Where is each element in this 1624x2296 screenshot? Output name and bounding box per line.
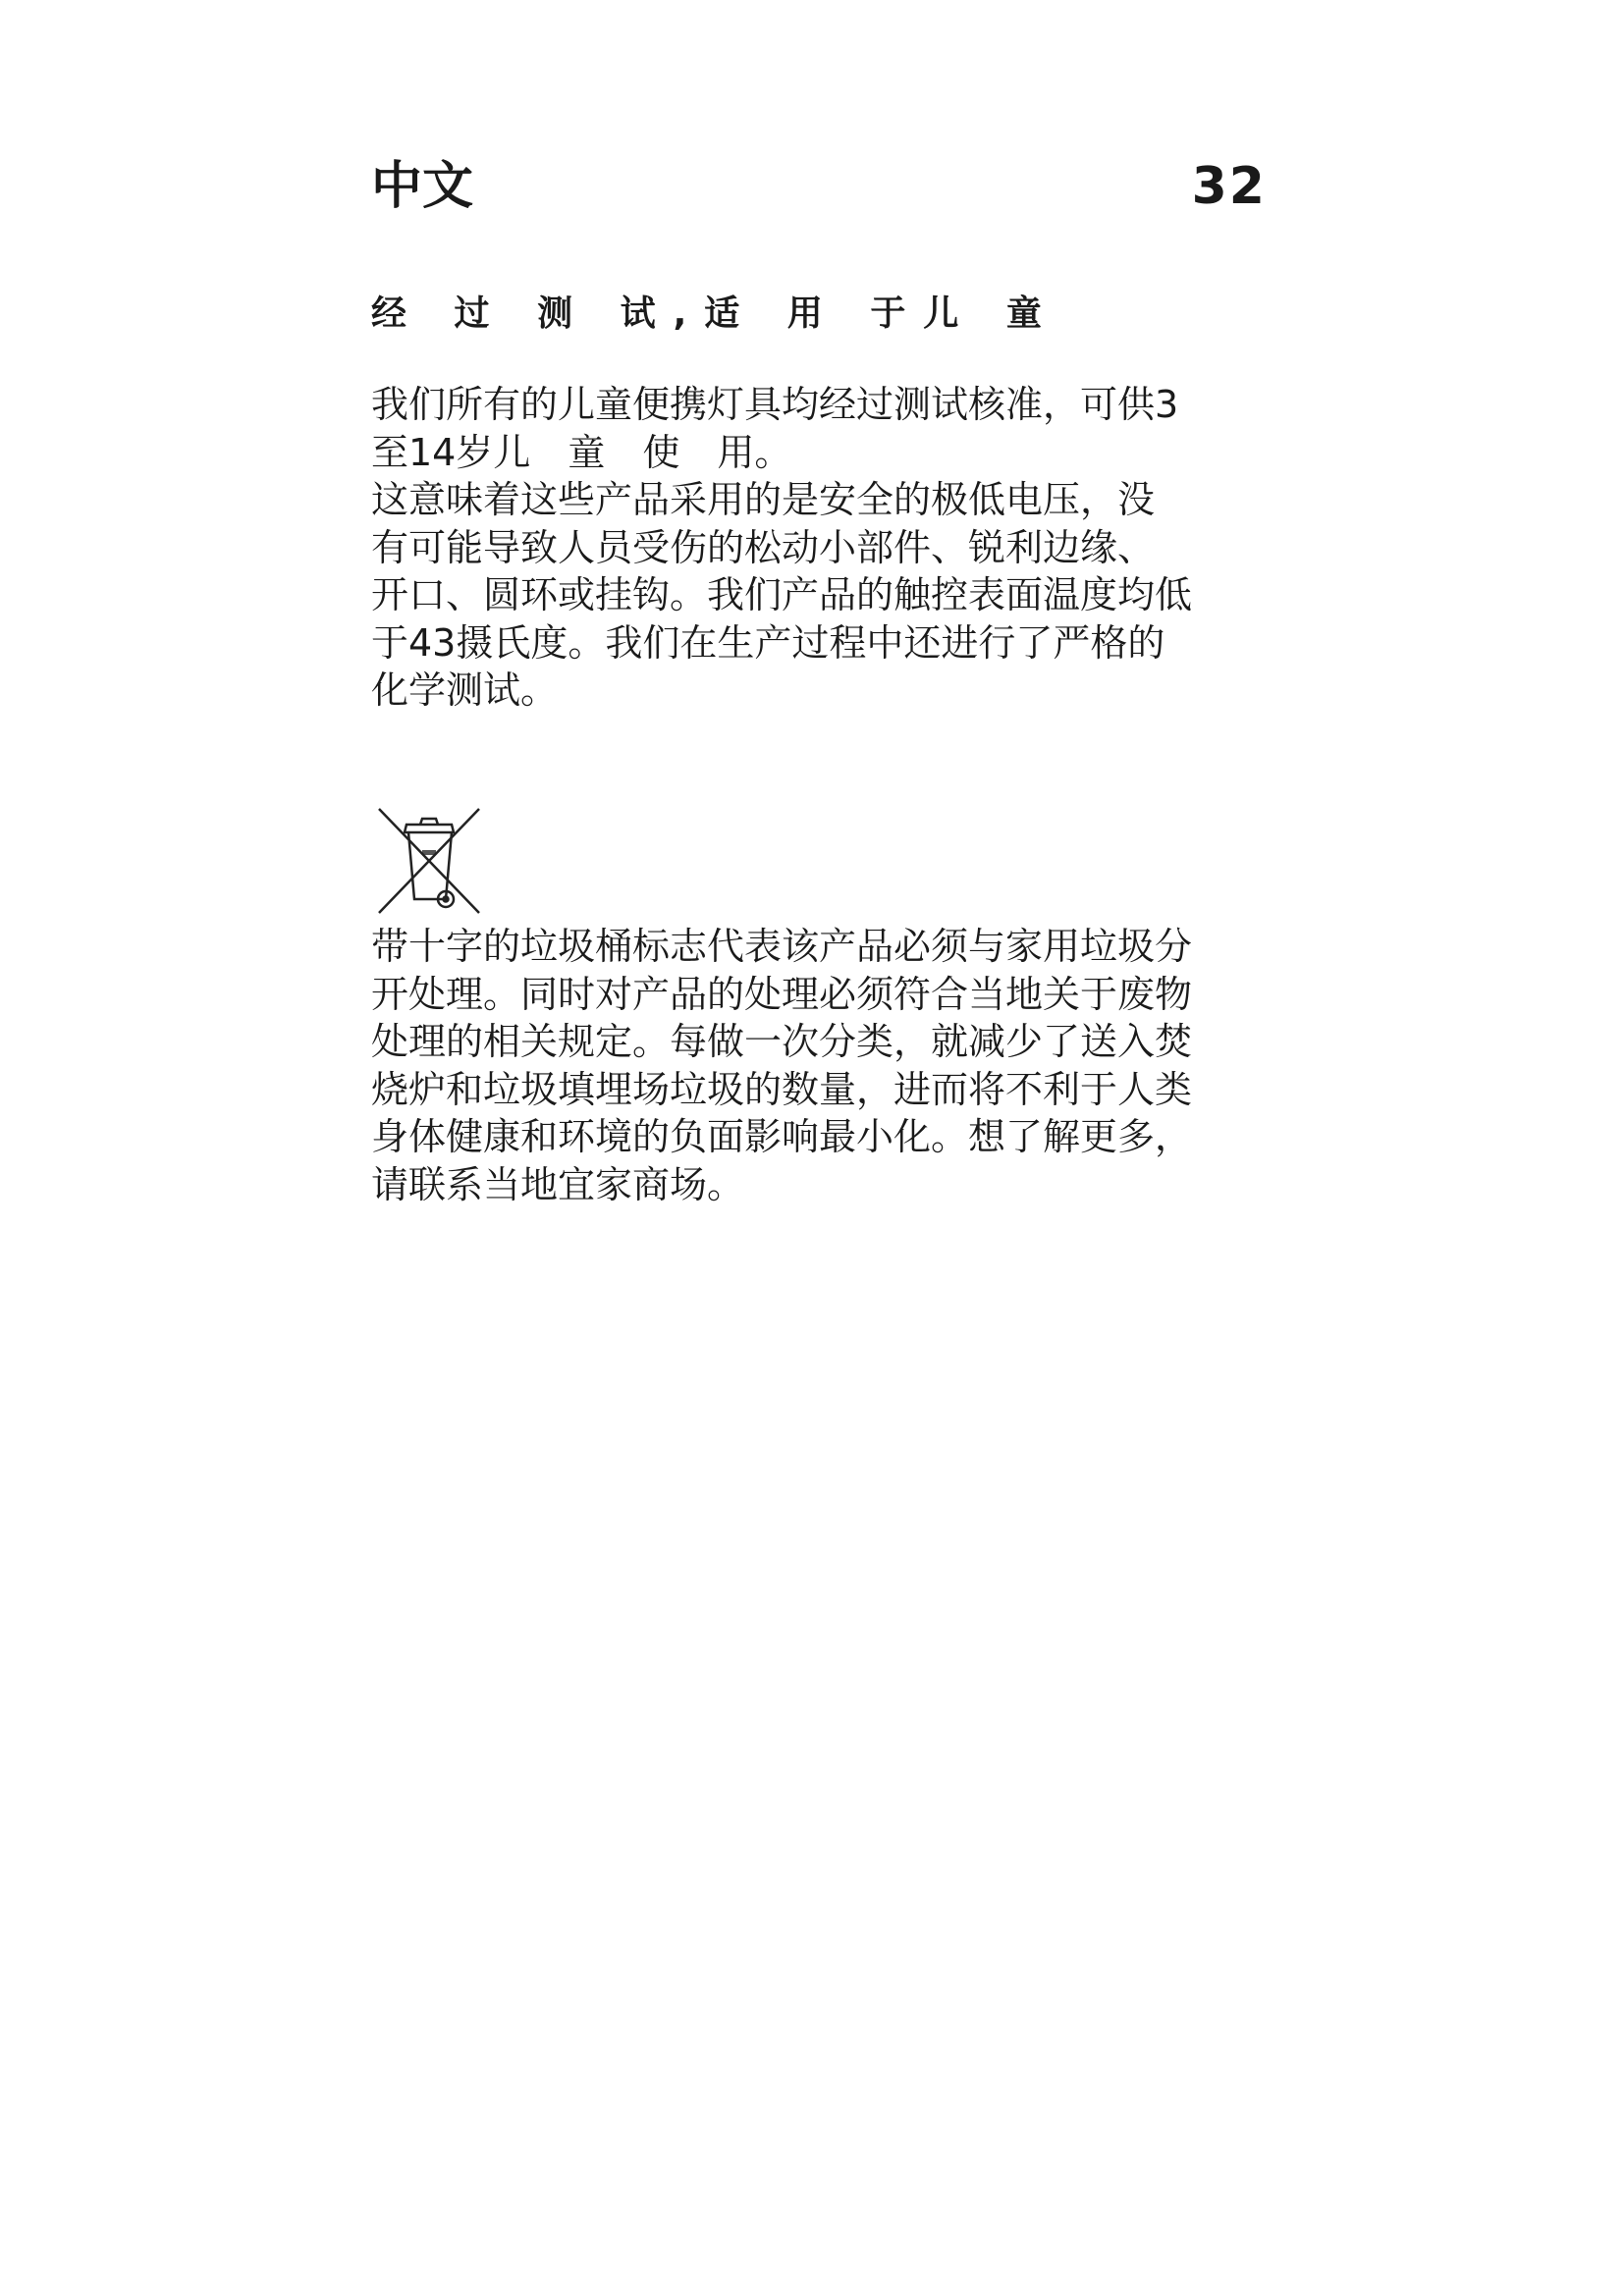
text-line: 请联系当地宜家商场。 xyxy=(371,1161,1284,1209)
text-line: 开口、圆环或挂钩。我们产品的触控表面温度均低 xyxy=(371,571,1284,619)
text-line: 烧炉和垃圾填埋场垃圾的数量，进而将不利于人类 xyxy=(371,1066,1284,1114)
text-line: 化学测试。 xyxy=(371,667,1284,715)
text-line: 至14岁儿 童 使 用。 xyxy=(371,429,1284,477)
text-line: 开处理。同时对产品的处理必须符合当地关于废物 xyxy=(371,971,1284,1019)
text-line: 身体健康和环境的负面影响最小化。想了解更多， xyxy=(371,1113,1284,1161)
disposal-paragraph: 带十字的垃圾桶标志代表该产品必须与家用垃圾分 开处理。同时对产品的处理必须符合当… xyxy=(371,923,1284,1208)
text-line: 带十字的垃圾桶标志代表该产品必须与家用垃圾分 xyxy=(371,923,1284,971)
text-line: 这意味着这些产品采用的是安全的极低电压，没 xyxy=(371,476,1284,524)
text-line: 处理的相关规定。每做一次分类，就减少了送入焚 xyxy=(371,1018,1284,1066)
language-title: 中文 xyxy=(371,157,473,216)
crossed-out-wheelie-bin-icon xyxy=(371,803,487,919)
text-line: 我们所有的儿童便携灯具均经过测试核准，可供3 xyxy=(371,381,1284,429)
text-line: 有可能导致人员受伤的松动小部件、锐利边缘、 xyxy=(371,524,1284,572)
page-header: 中文 32 xyxy=(371,157,1267,216)
page-number: 32 xyxy=(1192,157,1267,216)
text-line: 于43摄氏度。我们在生产过程中还进行了严格的 xyxy=(371,619,1284,667)
section-heading: 经 过 测 试,适 用 于儿 童 xyxy=(371,291,1059,338)
child-safety-paragraph: 我们所有的儿童便携灯具均经过测试核准，可供3 至14岁儿 童 使 用。 这意味着… xyxy=(371,381,1284,715)
